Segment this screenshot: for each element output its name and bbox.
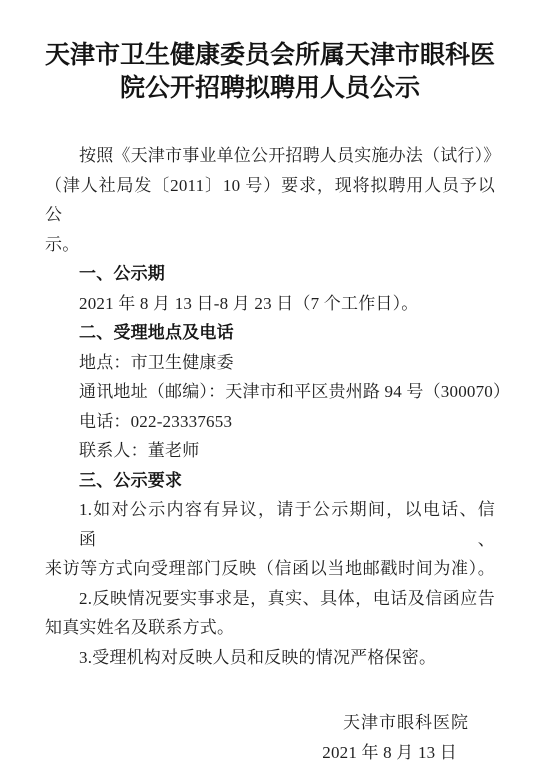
- signature-gap: [45, 672, 495, 708]
- intro-line-1: 按照《天津市事业单位公开招聘人员实施办法（试行）》: [45, 141, 495, 171]
- announcement-document: 天津市卫生健康委员会所属天津市眼科医 院公开招聘拟聘用人员公示 按照《天津市事业…: [0, 0, 553, 760]
- document-title: 天津市卫生健康委员会所属天津市眼科医 院公开招聘拟聘用人员公示: [45, 39, 495, 105]
- intro-line-2: （津人社局发〔2011〕10 号）要求，现将拟聘用人员予以公: [45, 171, 495, 230]
- contact-line: 联系人：董老师: [45, 436, 495, 466]
- document-body: 按照《天津市事业单位公开招聘人员实施办法（试行）》 （津人社局发〔2011〕10…: [45, 141, 495, 760]
- mail-address-line: 通讯地址（邮编）：天津市和平区贵州路 94 号（300070）: [45, 377, 495, 407]
- rule-1-line-2: 来访等方式向受理部门反映（信函以当地邮戳时间为准）。: [45, 554, 495, 584]
- phone-line: 电话：022-23337653: [45, 407, 495, 437]
- rule-2-line-2: 知真实姓名及联系方式。: [45, 613, 495, 643]
- section-2-heading: 二、受理地点及电话: [45, 318, 495, 348]
- title-line-1: 天津市卫生健康委员会所属天津市眼科医: [45, 39, 495, 72]
- intro-line-3: 示。: [45, 230, 495, 260]
- section-1-heading: 一、公示期: [45, 259, 495, 289]
- rule-1-line-1: 1.如对公示内容有异议，请于公示期间，以电话、信函、: [45, 495, 495, 554]
- location-line: 地点：市卫生健康委: [45, 348, 495, 378]
- rule-2-line-1: 2.反映情况要实事求是，真实、具体，电话及信函应告: [45, 584, 495, 614]
- section-3-heading: 三、公示要求: [45, 466, 495, 496]
- publicity-period: 2021 年 8 月 13 日-8 月 23 日（7 个工作日）。: [45, 289, 495, 319]
- signature-date: 2021 年 8 月 13 日: [45, 738, 457, 760]
- signature-org: 天津市眼科医院: [45, 708, 469, 738]
- title-line-2: 院公开招聘拟聘用人员公示: [45, 72, 495, 105]
- rule-3-line: 3.受理机构对反映人员和反映的情况严格保密。: [45, 643, 495, 673]
